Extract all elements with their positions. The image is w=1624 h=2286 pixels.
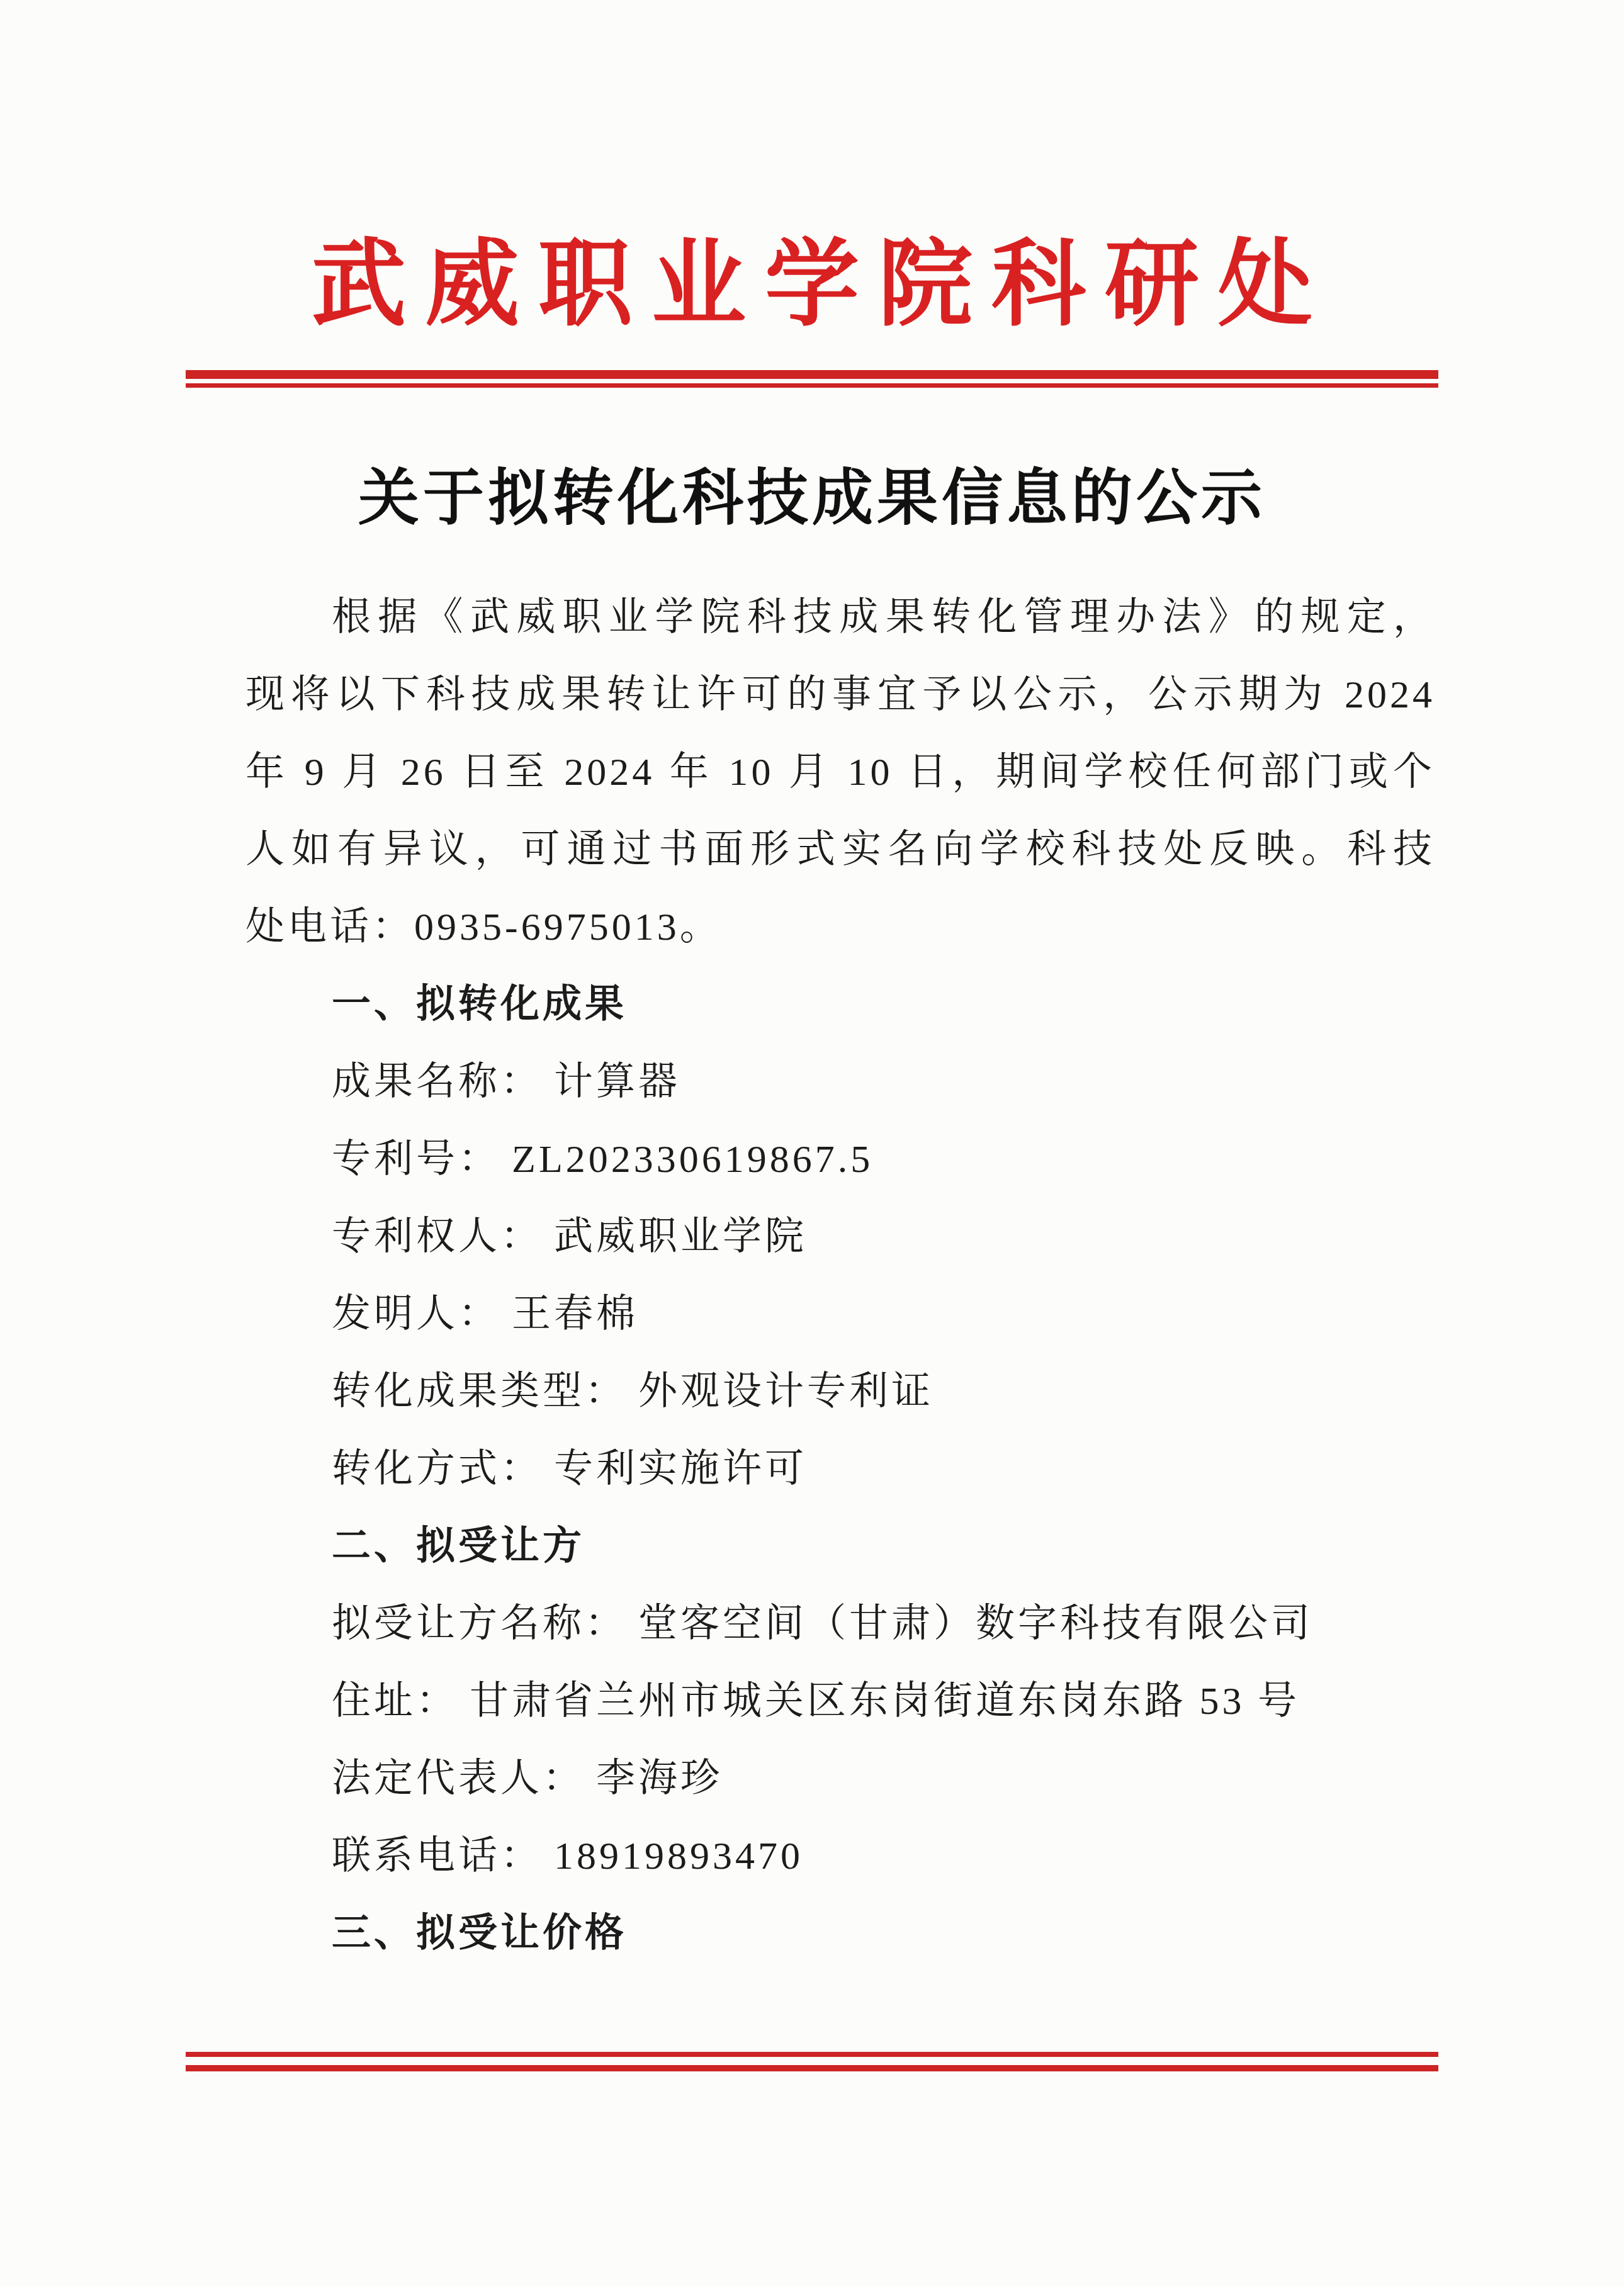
field-address: 住址：甘肃省兰州市城关区东岗街道东岗东路 53 号 — [245, 1663, 1435, 1740]
field-label: 住址： — [332, 1680, 458, 1723]
field-label: 联系电话： — [332, 1835, 543, 1878]
field-result-type: 转化成果类型：外观设计专利证 — [245, 1353, 1435, 1431]
intro-line-4: 人如有异议，可通过书面形式实名向学校科技处反映。科技 — [245, 811, 1435, 889]
field-label: 转化方式： — [332, 1448, 543, 1490]
intro-line-3: 年 9 月 26 日至 2024 年 10 月 10 日，期间学校任何部门或个 — [245, 734, 1435, 811]
field-value: 李海珍 — [596, 1757, 723, 1800]
field-result-name: 成果名称：计算器 — [245, 1044, 1435, 1121]
section-1-heading: 一、拟转化成果 — [245, 966, 1435, 1044]
intro-line-1: 根据《武威职业学院科技成果转化管理办法》的规定， — [245, 579, 1435, 656]
field-value: 外观设计专利证 — [638, 1370, 933, 1413]
intro-line-5: 处电话：0935-6975013。 — [245, 889, 1435, 966]
notice-title: 关于拟转化科技成果信息的公示 — [0, 462, 1624, 535]
field-patentee: 专利权人：武威职业学院 — [245, 1198, 1435, 1276]
field-value: 18919893470 — [554, 1835, 803, 1878]
section-3-heading: 三、拟受让价格 — [245, 1895, 1435, 1973]
field-label: 法定代表人： — [332, 1757, 585, 1800]
field-value: 武威职业学院 — [554, 1215, 807, 1258]
field-value: 王春棉 — [512, 1293, 638, 1336]
field-contact-phone: 联系电话：18919893470 — [245, 1818, 1435, 1895]
field-inventor: 发明人：王春棉 — [245, 1276, 1435, 1353]
field-transferee-name: 拟受让方名称：堂客空间（甘肃）数字科技有限公司 — [245, 1585, 1435, 1663]
document-page: 武威职业学院科研处 关于拟转化科技成果信息的公示 根据《武威职业学院科技成果转化… — [0, 0, 1624, 2286]
intro-line-2: 现将以下科技成果转让许可的事宜予以公示，公示期为 2024 — [245, 656, 1435, 734]
header-rule-thin — [186, 383, 1438, 388]
notice-body: 根据《武威职业学院科技成果转化管理办法》的规定， 现将以下科技成果转让许可的事宜… — [245, 579, 1435, 1973]
footer-rule-thin — [186, 2052, 1438, 2057]
field-value: 堂客空间（甘肃）数字科技有限公司 — [638, 1602, 1313, 1645]
field-label: 专利号： — [332, 1138, 500, 1181]
field-label: 成果名称： — [332, 1061, 543, 1103]
field-label: 专利权人： — [332, 1215, 543, 1258]
field-transform-method: 转化方式：专利实施许可 — [245, 1431, 1435, 1508]
field-legal-representative: 法定代表人：李海珍 — [245, 1740, 1435, 1818]
field-label: 转化成果类型： — [332, 1370, 627, 1413]
footer-rule-thick — [186, 2065, 1438, 2071]
field-label: 拟受让方名称： — [332, 1602, 627, 1645]
field-value: 专利实施许可 — [554, 1448, 807, 1490]
field-patent-number: 专利号：ZL202330619867.5 — [245, 1121, 1435, 1198]
field-value: ZL202330619867.5 — [512, 1138, 873, 1181]
field-label: 发明人： — [332, 1293, 500, 1336]
section-2-heading: 二、拟受让方 — [245, 1508, 1435, 1585]
field-value: 计算器 — [554, 1061, 680, 1103]
header-rule-thick — [186, 370, 1438, 379]
department-masthead: 武威职业学院科研处 — [0, 238, 1624, 332]
field-value: 甘肃省兰州市城关区东岗街道东岗东路 53 号 — [470, 1680, 1300, 1723]
